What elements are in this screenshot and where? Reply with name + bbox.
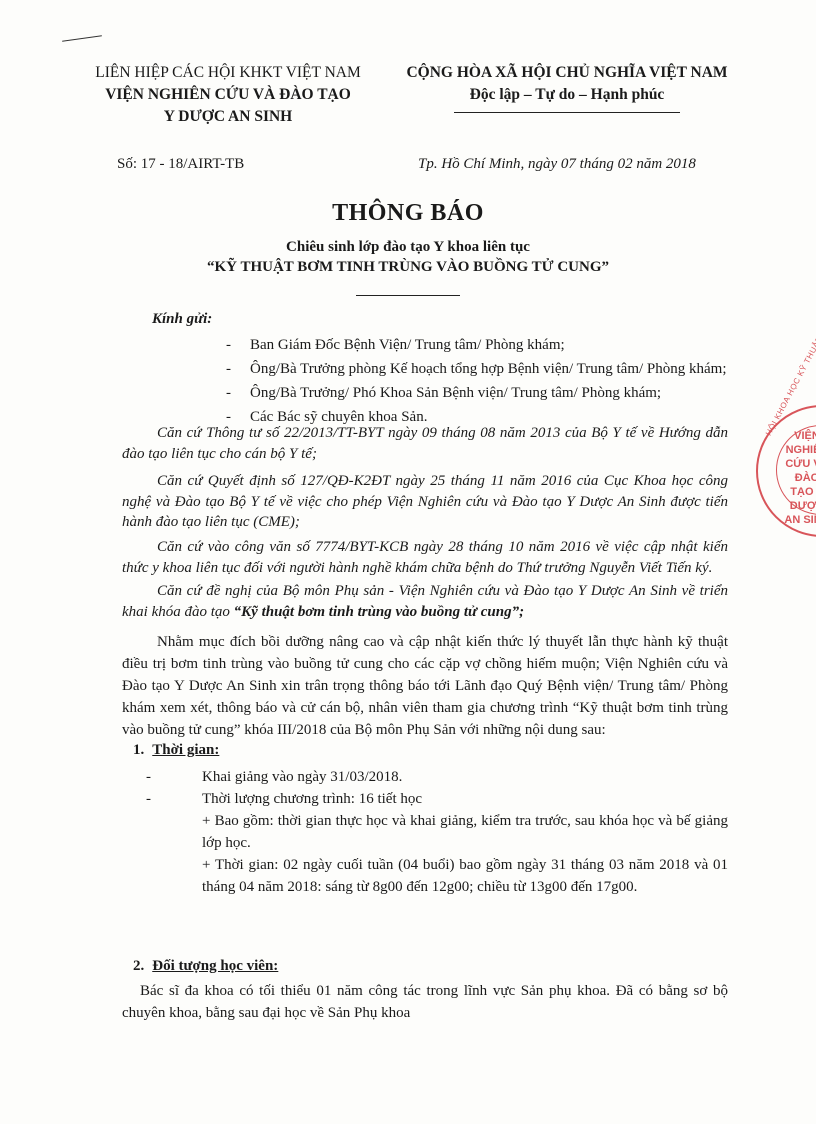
document-subtitle: Chiêu sinh lớp đào tạo Y khoa liên tục “… <box>0 237 816 277</box>
document-date: Tp. Hồ Chí Minh, ngày 07 tháng 02 năm 20… <box>418 156 696 173</box>
subtitle-line1: Chiêu sinh lớp đào tạo Y khoa liên tục <box>0 237 816 257</box>
recipient-list: -Ban Giám Đốc Bệnh Viện/ Trung tâm/ Phòn… <box>226 333 727 429</box>
addressee-label: Kính gửi: <box>152 311 212 328</box>
legal-basis-2: Căn cứ Quyết định số 127/QĐ-K2ĐT ngày 25… <box>122 471 728 533</box>
document-number: Số: 17 - 18/AIRT-TB <box>117 156 244 173</box>
national-header: CỘNG HÒA XÃ HỘI CHỦ NGHĨA VIỆT NAM Độc l… <box>392 62 742 113</box>
institute-seal-stamp: HỘI KHOA HỌC KỸ THUẬT VIỆN NGHIÊN CỨU VÀ… <box>756 405 816 537</box>
seal-ring-text: HỘI KHOA HỌC KỸ THUẬT <box>764 335 816 437</box>
section-heading-time: 1.Thời gian: <box>133 742 219 759</box>
national-motto: Độc lập – Tự do – Hạnh phúc <box>392 84 742 106</box>
recipient-item: -Ông/Bà Trưởng/ Phó Khoa Sản Bệnh viện/ … <box>226 381 727 405</box>
legal-basis-3: Căn cứ vào công văn số 7774/BYT-KCB ngày… <box>122 537 728 578</box>
time-item: -Thời lượng chương trình: 16 tiết học <box>146 788 728 810</box>
title-divider <box>356 295 460 296</box>
time-details: -Khai giảng vào ngày 31/03/2018. -Thời l… <box>146 766 728 898</box>
subtitle-line2: “KỸ THUẬT BƠM TINH TRÙNG VÀO BUỒNG TỬ CU… <box>0 257 816 277</box>
legal-basis-1: Căn cứ Thông tư số 22/2013/TT-BYT ngày 0… <box>122 423 728 464</box>
time-sub-item: + Bao gồm: thời gian thực học và khai gi… <box>146 810 728 854</box>
recipient-item: -Ông/Bà Trưởng phòng Kế hoạch tổng hợp B… <box>226 357 727 381</box>
issuer-institute-line2: Y DƯỢC AN SINH <box>78 106 378 128</box>
motto-underline <box>454 112 680 113</box>
document-title: THÔNG BÁO <box>0 200 816 227</box>
legal-basis-4: Căn cứ đề nghị của Bộ môn Phụ sản - Viện… <box>122 581 728 622</box>
nation-name: CỘNG HÒA XÃ HỘI CHỦ NGHĨA VIỆT NAM <box>392 62 742 84</box>
recipient-item: -Ban Giám Đốc Bệnh Viện/ Trung tâm/ Phòn… <box>226 333 727 357</box>
pen-mark <box>62 35 102 42</box>
time-sub-item: + Thời gian: 02 ngày cuối tuần (04 buổi)… <box>146 854 728 898</box>
issuer-org: LIÊN HIỆP CÁC HỘI KHKT VIỆT NAM <box>78 62 378 84</box>
purpose-paragraph: Nhằm mục đích bồi dưỡng nâng cao và cập … <box>122 631 728 741</box>
time-item: -Khai giảng vào ngày 31/03/2018. <box>146 766 728 788</box>
document-page: LIÊN HIỆP CÁC HỘI KHKT VIỆT NAM VIỆN NGH… <box>0 0 816 1124</box>
issuer-institute-line1: VIỆN NGHIÊN CỨU VÀ ĐÀO TẠO <box>78 84 378 106</box>
seal-center-text: VIỆN NGHIÊN CỨU VÀ ĐÀO TẠO Y DƯỢC AN SIN… <box>784 429 816 527</box>
section-heading-participants: 2.Đối tượng học viên: <box>133 958 278 975</box>
participants-paragraph: Bác sĩ đa khoa có tối thiểu 01 năm công … <box>122 980 728 1024</box>
issuer-header: LIÊN HIỆP CÁC HỘI KHKT VIỆT NAM VIỆN NGH… <box>78 62 378 128</box>
